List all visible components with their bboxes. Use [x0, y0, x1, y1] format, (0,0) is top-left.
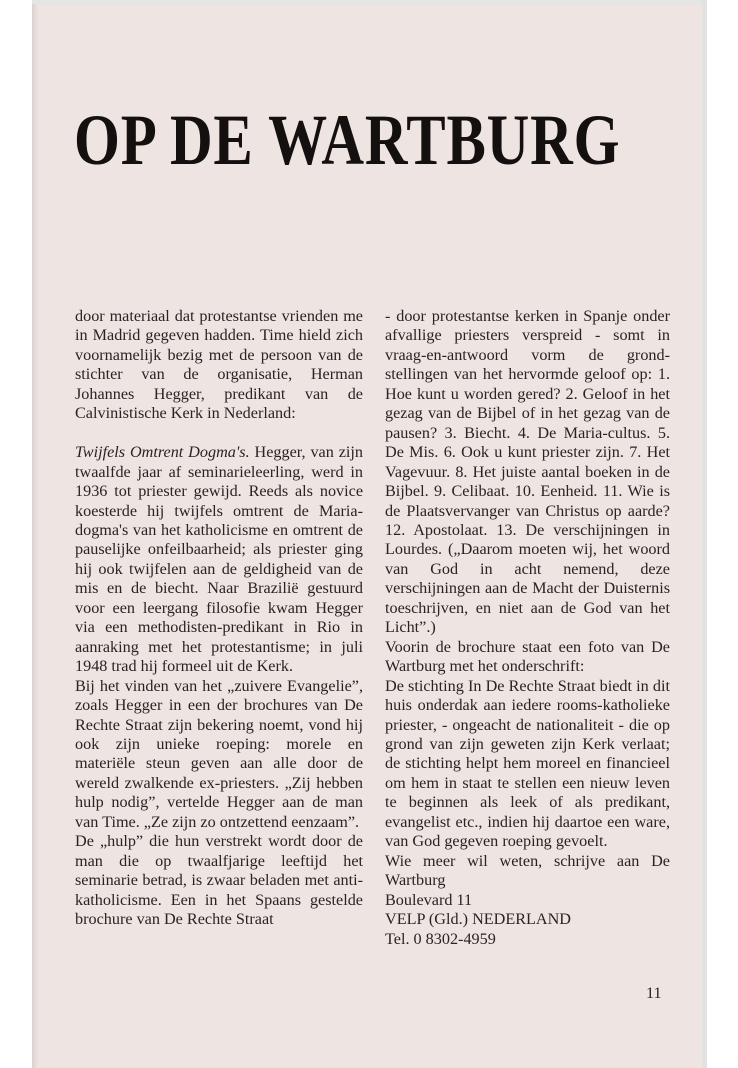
paragraph-doubts-body: Hegger, van zijn twaalfde jaar af semina…: [75, 443, 363, 675]
paragraph-intro: door materiaal dat protestantse vrienden…: [75, 307, 363, 424]
address-phone: Tel. 0 8302-4959: [385, 930, 670, 949]
paragraph-doubts: Twijfels Omtrent Dogma's. Hegger, van zi…: [75, 443, 363, 676]
right-column: - door protestantse kerken in Spanje on­…: [385, 307, 670, 949]
address-street: Boulevard 11: [385, 891, 670, 910]
paragraph-calling: Bij het vinden van het „zuivere Evan­gel…: [75, 677, 363, 833]
paragraph-help: De „hulp” die hun verstrekt wordt door d…: [75, 832, 363, 929]
paragraph-brochure: - door protestantse kerken in Spanje on­…: [385, 307, 670, 638]
section-heading-doubts: Twijfels Omtrent Dogma's.: [75, 443, 250, 461]
paragraph-contact: Wie meer wil weten, schrijve aan De Wart…: [385, 852, 670, 891]
page-right-edge: [702, 0, 707, 1068]
paragraph-photo-caption: De stichting In De Rechte Straat biedt i…: [385, 677, 670, 852]
page-binding-edge: [32, 4, 38, 1068]
article-title: OP DE WARTBURG: [74, 104, 517, 176]
page-number: 11: [646, 984, 662, 1003]
address-city: VELP (Gld.) NEDERLAND: [385, 910, 670, 929]
paragraph-photo-caption-intro: Voorin de brochure staat een foto van De…: [385, 638, 670, 677]
left-column: door materiaal dat protestantse vrienden…: [75, 307, 363, 929]
